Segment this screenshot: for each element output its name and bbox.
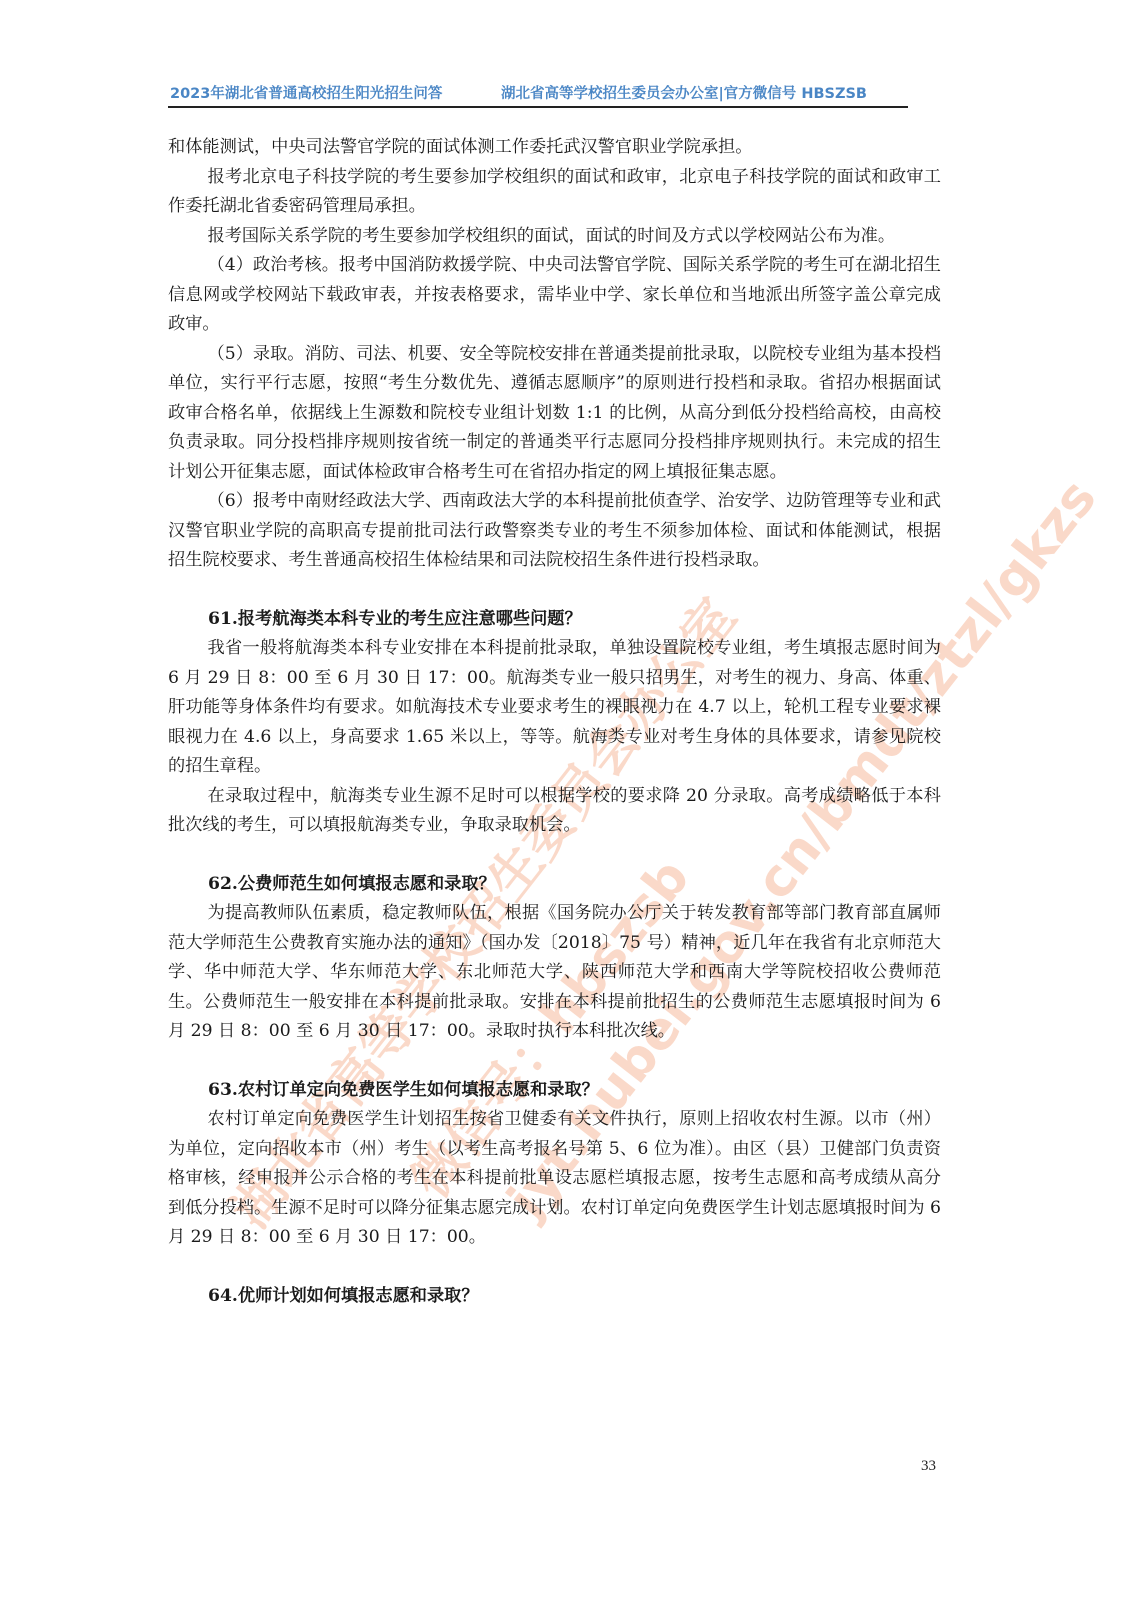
paragraph: 我省一般将航海类本科专业安排在本科提前批录取，单独设置院校专业组，考生填报志愿时… [168,634,941,782]
header-title: 2023年湖北省普通高校招生阳光招生问答 [170,82,442,103]
paragraph: （6）报考中南财经政法大学、西南政法大学的本科提前批侦查学、治安学、边防管理等专… [168,487,941,576]
paragraph: 和体能测试，中央司法警官学院的面试体测工作委托武汉警官职业学院承担。 [168,133,941,163]
section-heading-64: 64.优师计划如何填报志愿和录取？ [168,1282,941,1312]
section-heading-62: 62.公费师范生如何填报志愿和录取？ [168,870,941,900]
page-body: 和体能测试，中央司法警官学院的面试体测工作委托武汉警官职业学院承担。 报考北京电… [168,133,941,1311]
section-heading-63: 63.农村订单定向免费医学生如何填报志愿和录取？ [168,1076,941,1106]
paragraph: （4）政治考核。报考中国消防救援学院、中央司法警官学院、国际关系学院的考生可在湖… [168,251,941,340]
paragraph: （5）录取。消防、司法、机要、安全等院校安排在普通类提前批录取，以院校专业组为基… [168,340,941,488]
paragraph: 报考北京电子科技学院的考生要参加学校组织的面试和政审，北京电子科技学院的面试和政… [168,163,941,222]
page-header: 2023年湖北省普通高校招生阳光招生问答 湖北省高等学校招生委员会办公室|官方微… [168,80,908,108]
paragraph: 在录取过程中，航海类专业生源不足时可以根据学校的要求降 20 分录取。高考成绩略… [168,782,941,841]
header-publisher: 湖北省高等学校招生委员会办公室|官方微信号 HBSZSB [501,82,867,103]
section-heading-61: 61.报考航海类本科专业的考生应注意哪些问题？ [168,605,941,635]
paragraph: 为提高教师队伍素质，稳定教师队伍，根据《国务院办公厅关于转发教育部等部门教育部直… [168,899,941,1047]
page-number: 33 [921,1458,936,1475]
paragraph: 报考国际关系学院的考生要参加学校组织的面试，面试的时间及方式以学校网站公布为准。 [168,222,941,252]
paragraph: 农村订单定向免费医学生计划招生按省卫健委有关文件执行，原则上招收农村生源。以市（… [168,1105,941,1253]
